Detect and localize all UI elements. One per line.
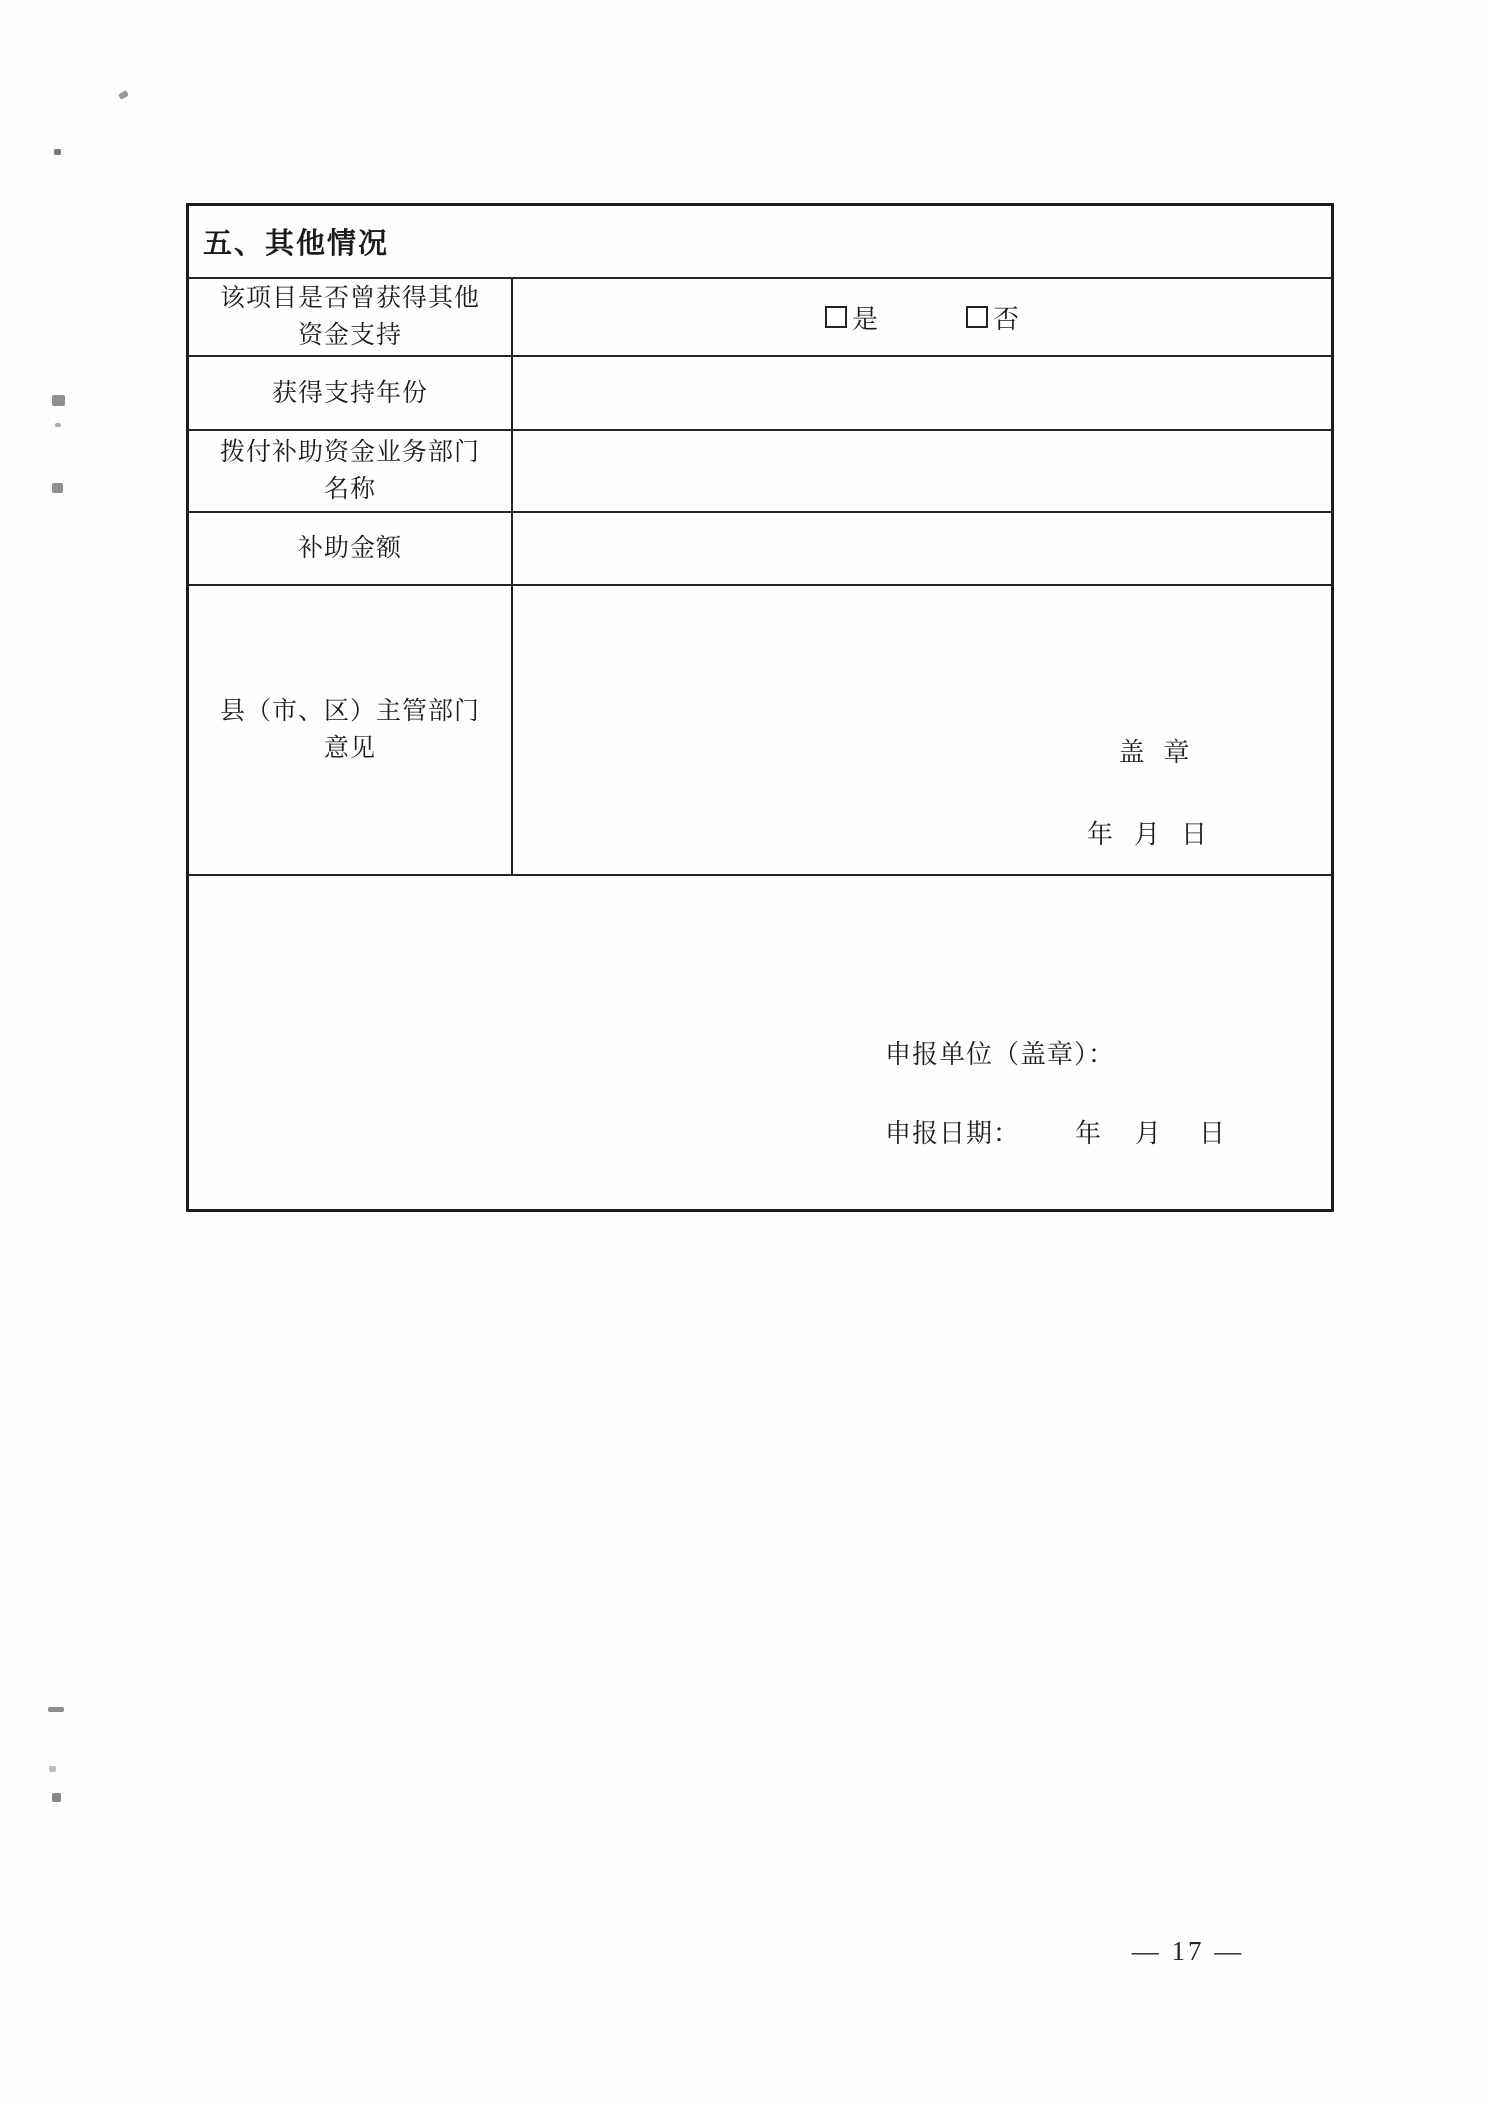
support-year-input-cell[interactable] (513, 357, 1331, 429)
opinion-date-year: 年 (1087, 814, 1113, 851)
funding-support-options: 是 否 (513, 279, 1331, 355)
opinion-label-line1: 县（市、区）主管部门 (220, 693, 480, 730)
department-label-line2: 名称 (324, 471, 376, 508)
section-title: 五、其他情况 (189, 221, 389, 262)
support-year-row: 获得支持年份 (189, 355, 1331, 429)
opinion-input-cell[interactable]: 盖 章 年 月 日 (513, 586, 1331, 874)
option-no-label: 否 (993, 299, 1019, 336)
funding-support-label-line2: 资金支持 (298, 317, 402, 354)
section-title-row: 五、其他情况 (189, 206, 1331, 277)
funding-support-label: 该项目是否曾获得其他 资金支持 (189, 279, 513, 355)
declaring-unit-seal-label: 申报单位（盖章）： (885, 1034, 1115, 1071)
subsidy-amount-input-cell[interactable] (513, 513, 1331, 584)
declaration-date-label: 申报日期： (885, 1113, 1020, 1150)
opinion-row: 县（市、区）主管部门 意见 盖 章 年 月 日 (189, 584, 1331, 874)
declaration-date-year: 年 (1075, 1113, 1102, 1150)
scan-speck (54, 149, 61, 155)
declaration-footer-row: 申报单位（盖章）： 申报日期： 年 月 日 (189, 874, 1331, 1209)
department-label: 拨付补助资金业务部门 名称 (189, 431, 513, 511)
declaration-footer-cell[interactable]: 申报单位（盖章）： 申报日期： 年 月 日 (189, 876, 1331, 1209)
subsidy-amount-label: 补助金额 (189, 513, 513, 584)
page-number: — 17 — (1113, 1936, 1263, 1967)
subsidy-amount-label-text: 补助金额 (298, 530, 402, 567)
department-input-cell[interactable] (513, 431, 1331, 511)
scan-speck (118, 90, 129, 100)
department-label-line1: 拨付补助资金业务部门 (220, 434, 480, 471)
scan-speck (48, 1707, 64, 1712)
checkbox-no-icon[interactable] (966, 306, 988, 328)
support-year-label: 获得支持年份 (189, 357, 513, 429)
funding-support-row: 该项目是否曾获得其他 资金支持 是 否 (189, 277, 1331, 355)
scan-speck (49, 1766, 56, 1772)
checkbox-yes-icon[interactable] (825, 306, 847, 328)
seal-here-label: 盖 章 (1118, 732, 1191, 769)
support-year-label-text: 获得支持年份 (272, 375, 428, 412)
funding-support-label-line1: 该项目是否曾获得其他 (220, 280, 480, 317)
declaration-date-line: 申报日期： 年 月 日 (885, 1113, 1226, 1150)
department-row: 拨付补助资金业务部门 名称 (189, 429, 1331, 511)
opinion-date-line: 年 月 日 (1087, 814, 1207, 851)
opinion-date-day: 日 (1181, 814, 1207, 851)
opinion-label: 县（市、区）主管部门 意见 (189, 586, 513, 874)
scan-speck (55, 423, 61, 427)
subsidy-amount-row: 补助金额 (189, 511, 1331, 584)
other-situations-table: 五、其他情况 该项目是否曾获得其他 资金支持 是 否 获得支持 (186, 203, 1334, 1212)
option-no[interactable]: 否 (966, 299, 1019, 336)
option-yes-label: 是 (852, 299, 878, 336)
declaration-date-month: 月 (1135, 1113, 1162, 1150)
opinion-date-month: 月 (1134, 814, 1160, 851)
opinion-label-line2: 意见 (324, 730, 376, 767)
scan-speck (52, 483, 63, 493)
option-yes[interactable]: 是 (825, 299, 878, 336)
scanned-form-page: 五、其他情况 该项目是否曾获得其他 资金支持 是 否 获得支持 (0, 0, 1488, 2104)
declaration-date-day: 日 (1199, 1113, 1226, 1150)
scan-speck (52, 395, 65, 406)
scan-speck (52, 1793, 61, 1802)
